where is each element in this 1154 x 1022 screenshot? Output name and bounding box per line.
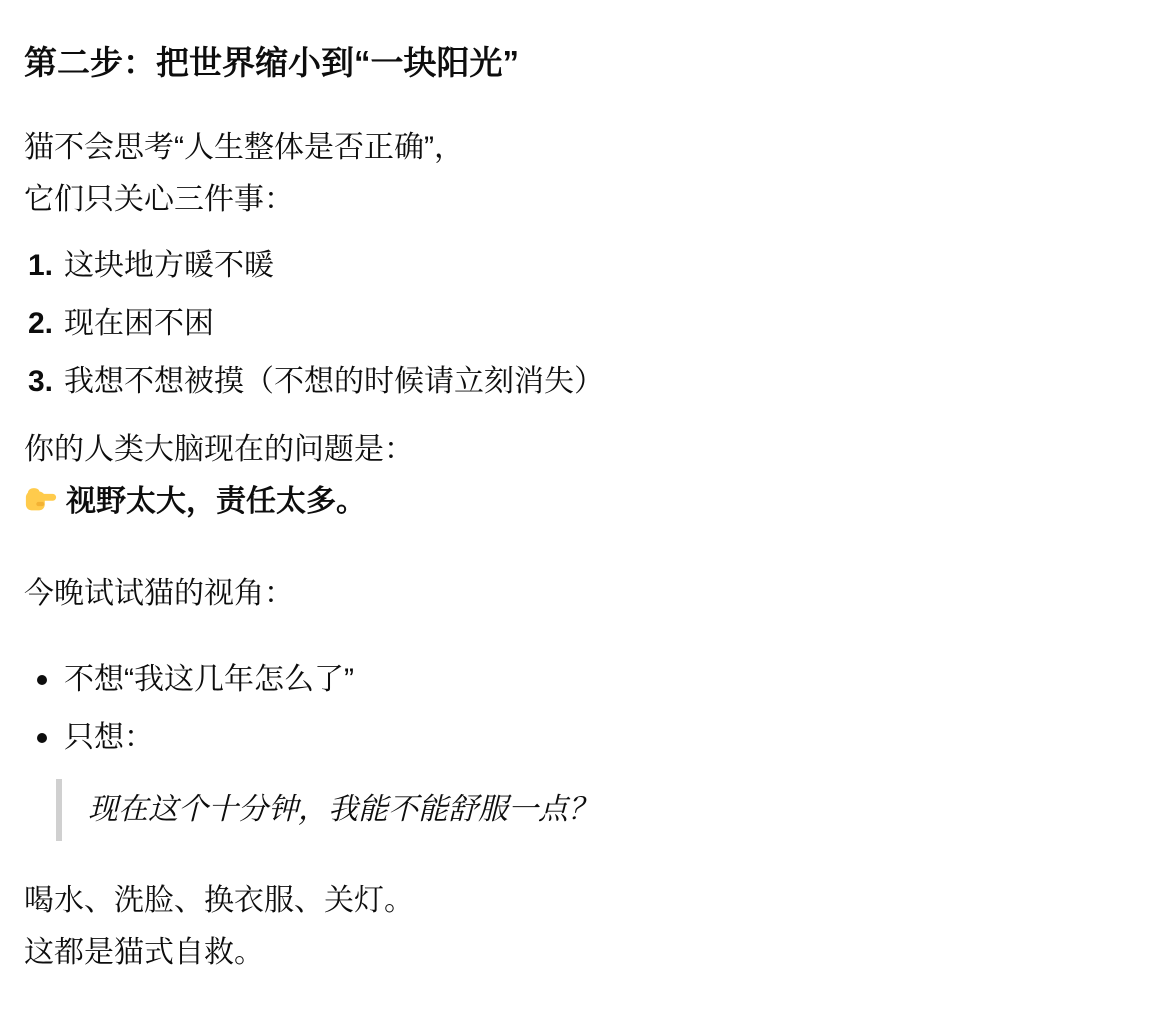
closing-line-1: 喝水、洗脸、换衣服、关灯。 xyxy=(24,884,414,917)
list-item-text: 我想不想被摸（不想的时候请立刻消失） xyxy=(64,365,604,398)
list-item: 3. 我想不想被摸（不想的时候请立刻消失） xyxy=(24,356,1130,408)
cat-concerns-list: 1. 这块地方暖不暖 2. 现在困不困 3. 我想不想被摸（不想的时候请立刻消失… xyxy=(24,240,1130,408)
list-item: 只想： xyxy=(24,712,1130,764)
section-heading: 第二步：把世界缩小到“一块阳光” xyxy=(24,40,1130,86)
bullet-dot-icon xyxy=(37,675,47,685)
intro-paragraph: 猫不会思考“人生整体是否正确”， 它们只关心三件事： xyxy=(24,122,1130,226)
list-marker: 3. xyxy=(28,356,53,408)
cat-view-list: 不想“我这几年怎么了” 只想： xyxy=(24,654,1130,764)
problem-line-2: 视野太大，责任太多。 xyxy=(66,485,366,518)
intro-line-2: 它们只关心三件事： xyxy=(24,183,294,216)
closing-line-2: 这都是猫式自救。 xyxy=(24,936,264,969)
bullet-dot-icon xyxy=(37,733,47,743)
tonight-paragraph: 今晚试试猫的视角： xyxy=(24,568,1130,620)
list-item-text: 现在困不困 xyxy=(64,307,214,340)
quote-text: 现在这个十分钟，我能不能舒服一点？ xyxy=(88,793,598,826)
list-marker: 2. xyxy=(28,298,53,350)
list-item-text: 不想“我这几年怎么了” xyxy=(64,663,354,696)
list-item: 不想“我这几年怎么了” xyxy=(24,654,1130,706)
list-item-text: 只想： xyxy=(64,721,154,754)
list-item: 1. 这块地方暖不暖 xyxy=(24,240,1130,292)
list-item-text: 这块地方暖不暖 xyxy=(64,249,274,282)
document-page: 第二步：把世界缩小到“一块阳光” 猫不会思考“人生整体是否正确”， 它们只关心三… xyxy=(0,0,1154,979)
pointing-right-icon xyxy=(24,482,58,516)
problem-line-1: 你的人类大脑现在的问题是： xyxy=(24,433,414,466)
intro-line-1: 猫不会思考“人生整体是否正确”， xyxy=(24,131,464,164)
quote-block: 现在这个十分钟，我能不能舒服一点？ xyxy=(56,779,1130,841)
list-item: 2. 现在困不困 xyxy=(24,298,1130,350)
closing-paragraph: 喝水、洗脸、换衣服、关灯。 这都是猫式自救。 xyxy=(24,875,1130,979)
problem-paragraph: 你的人类大脑现在的问题是： 视野太大，责任太多。 xyxy=(24,424,1130,528)
list-marker: 1. xyxy=(28,240,53,292)
